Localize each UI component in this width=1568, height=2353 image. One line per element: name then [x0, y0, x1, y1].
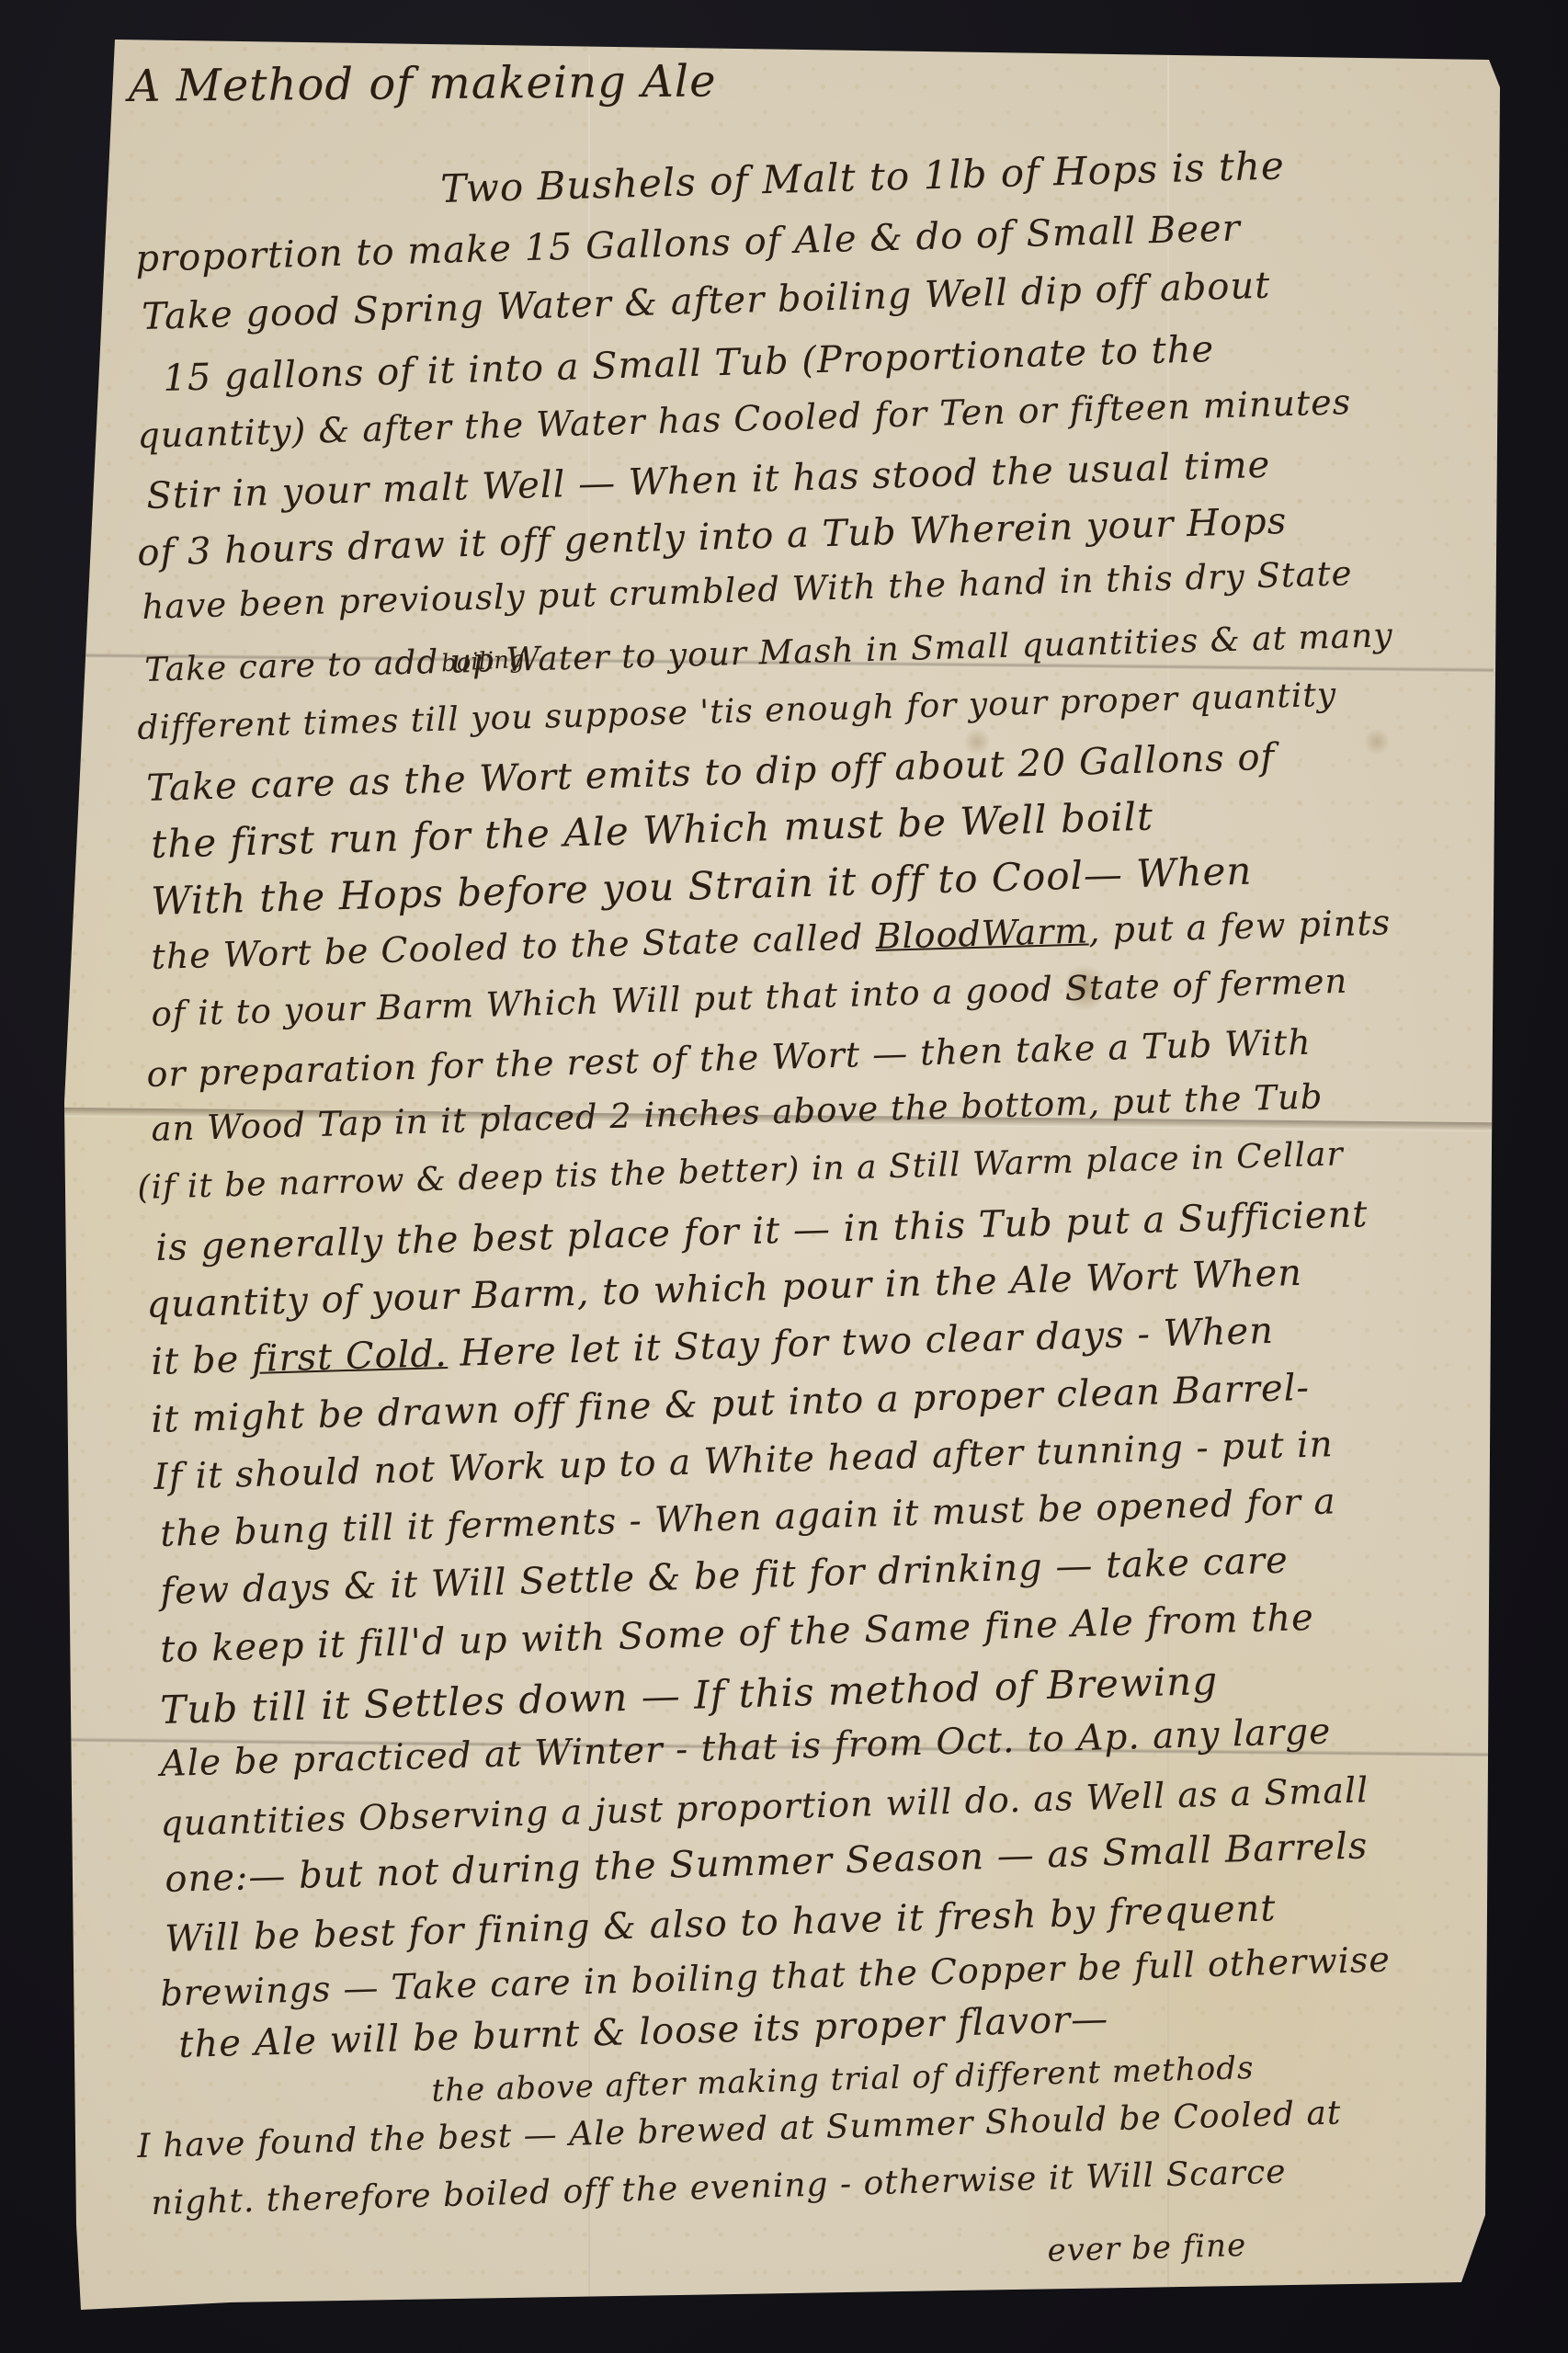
ink-stain	[1365, 726, 1389, 757]
underlined-words-first-cold: first Cold.	[251, 1333, 448, 1381]
underlined-word-bloodwarm: BloodWarm	[875, 911, 1089, 957]
text-segment: , put a few pints	[1088, 902, 1392, 950]
document-title: A Method of makeing Ale	[129, 59, 717, 108]
text-line: ever be fine	[1047, 2230, 1247, 2267]
text-segment: it be	[151, 1338, 240, 1383]
